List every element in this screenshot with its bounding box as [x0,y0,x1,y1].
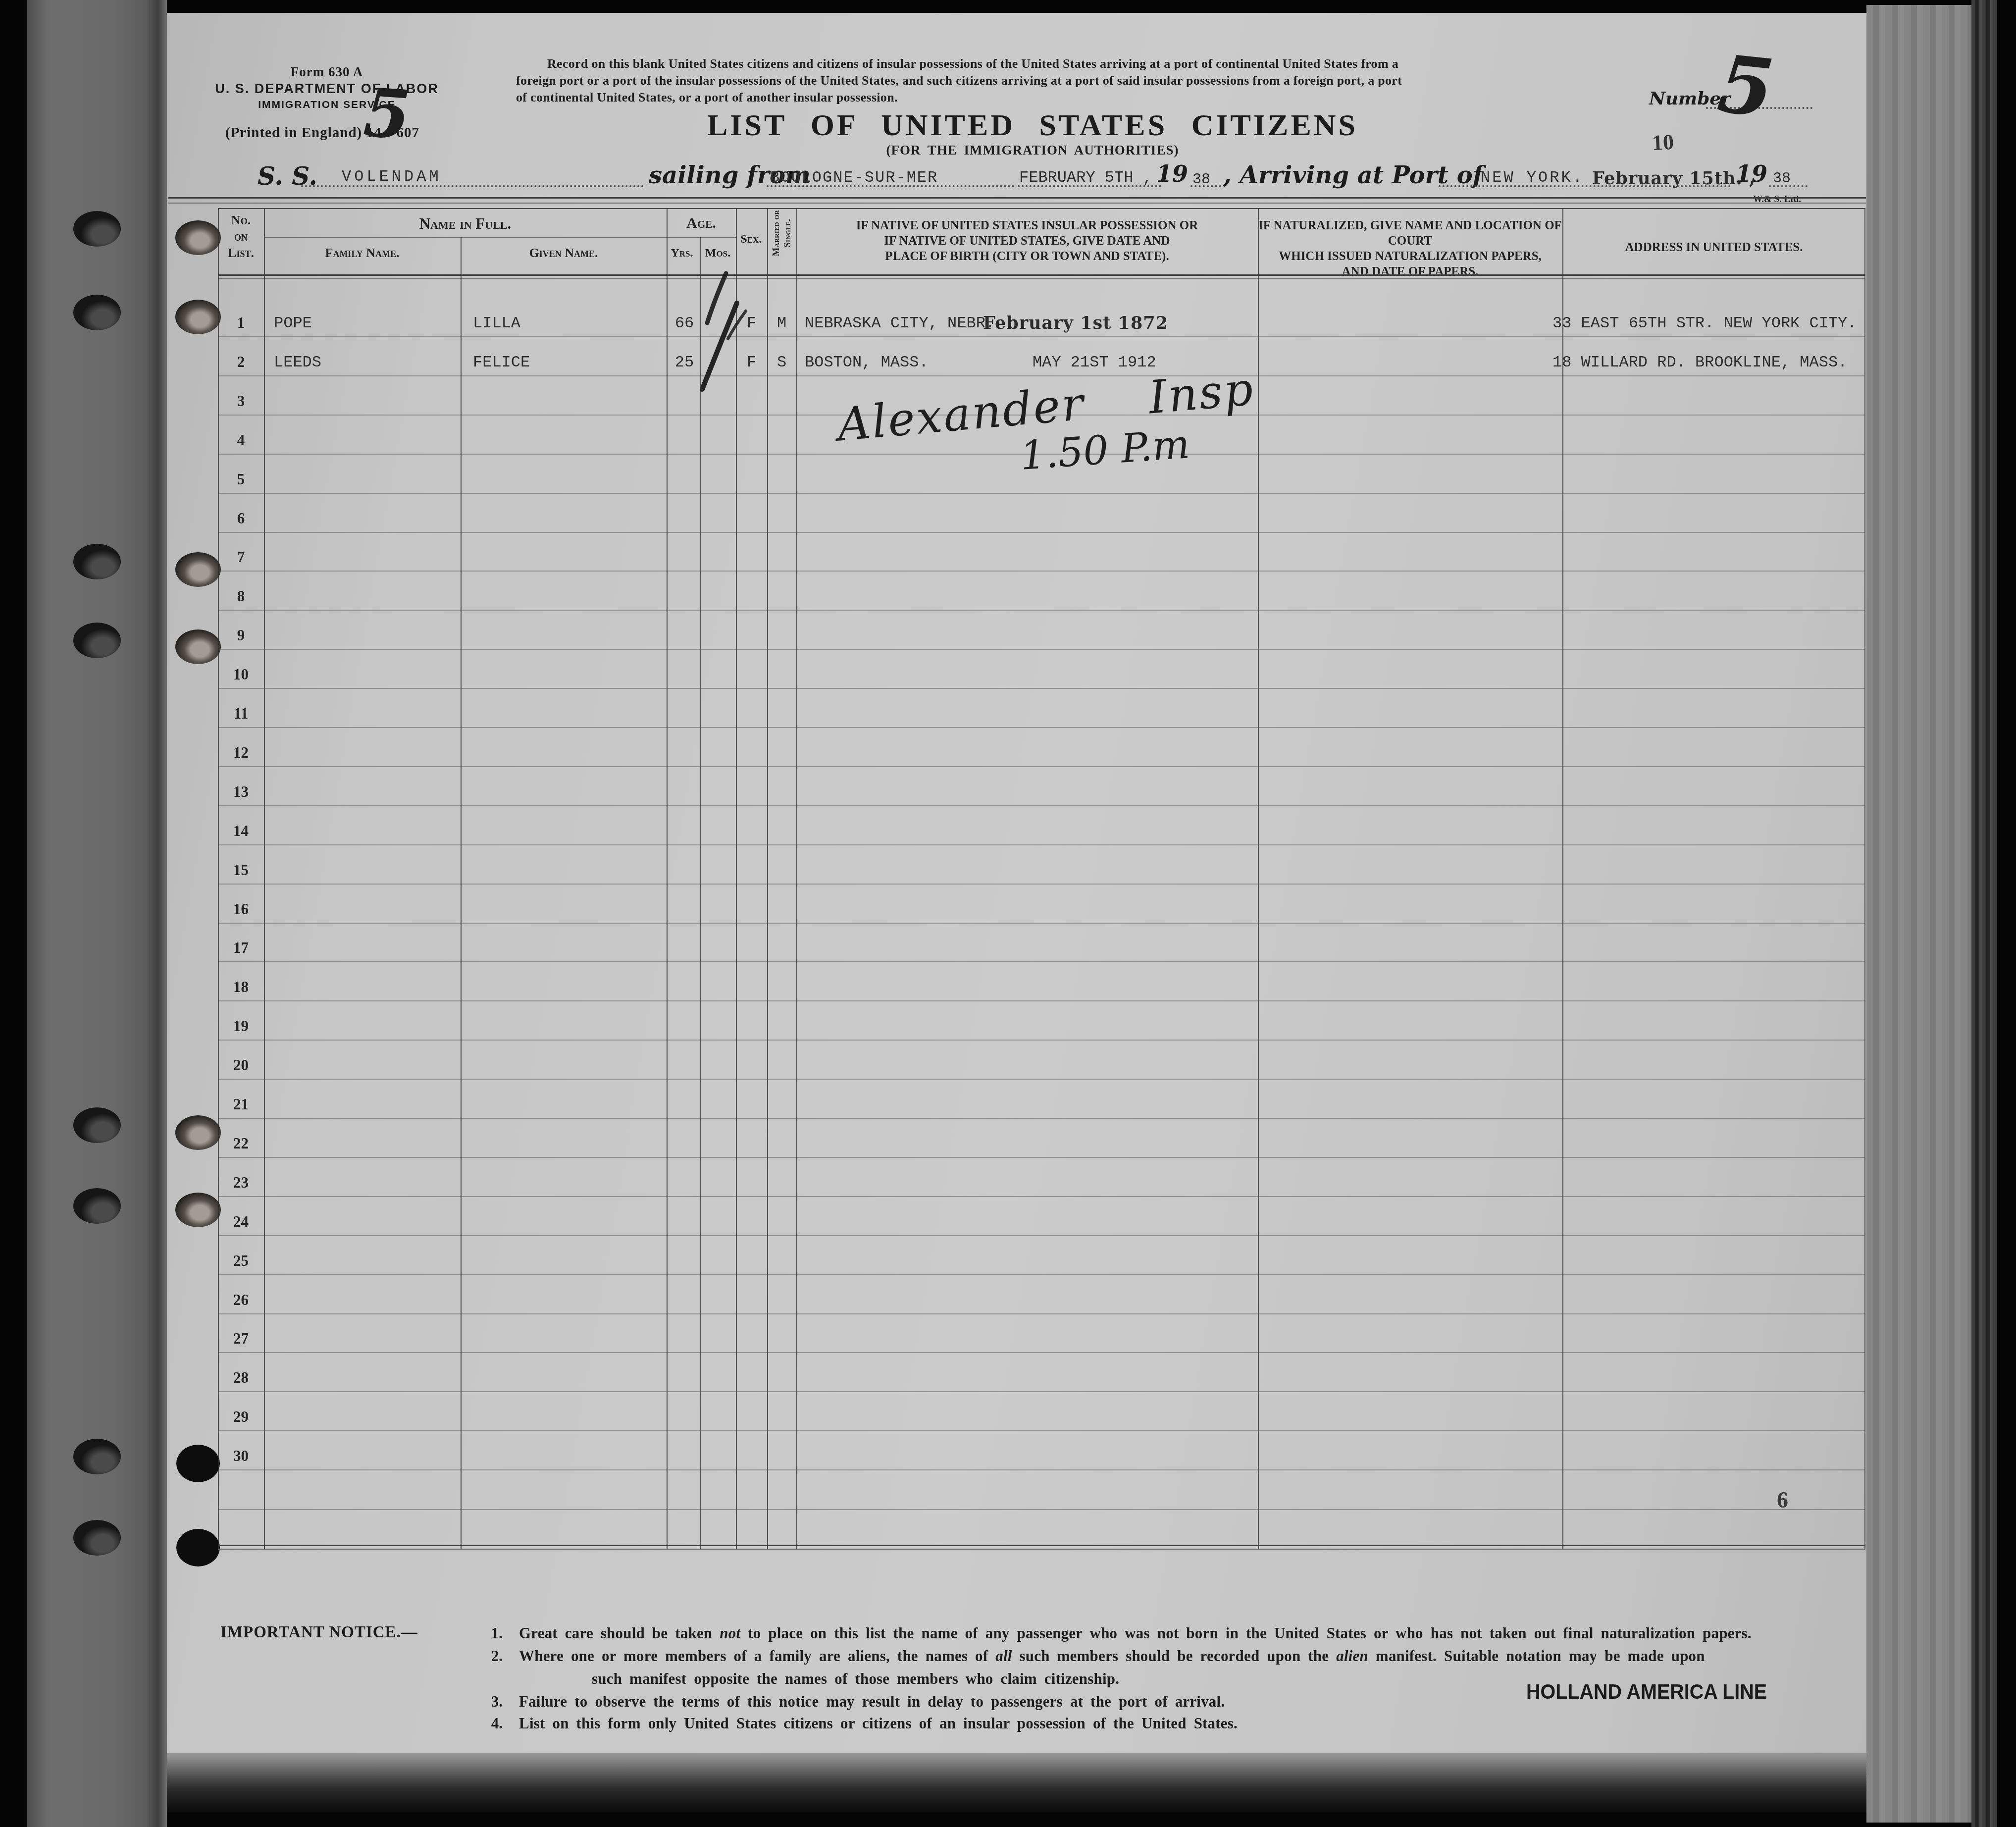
notice-item-3: Failure to observe the terms of this not… [519,1693,1225,1711]
holland-america-line-logo: HOLLAND AMERICA LINE [1526,1680,1767,1704]
notice-item-2-number: 2. [473,1647,503,1665]
notice-item-4-number: 4. [473,1715,503,1732]
page-stamp: 6 [1777,1487,1788,1513]
handwritten-slash-marks [0,0,2016,1827]
notice-item-1: Great care should be taken not to place … [519,1624,1752,1642]
notice-item-4: List on this form only United States cit… [519,1715,1238,1732]
notice-item-3-number: 3. [473,1693,503,1711]
notice-item-2-line-2: such manifest opposite the names of thos… [592,1670,1119,1688]
important-notice-label: IMPORTANT NOTICE.— [220,1623,418,1642]
notice-item-1-number: 1. [473,1624,503,1642]
photograph-background: Form 630 A U. S. DEPARTMENT OF LABOR IMM… [0,0,2016,1827]
notice-item-2-line-1: Where one or more members of a family ar… [519,1647,1705,1665]
